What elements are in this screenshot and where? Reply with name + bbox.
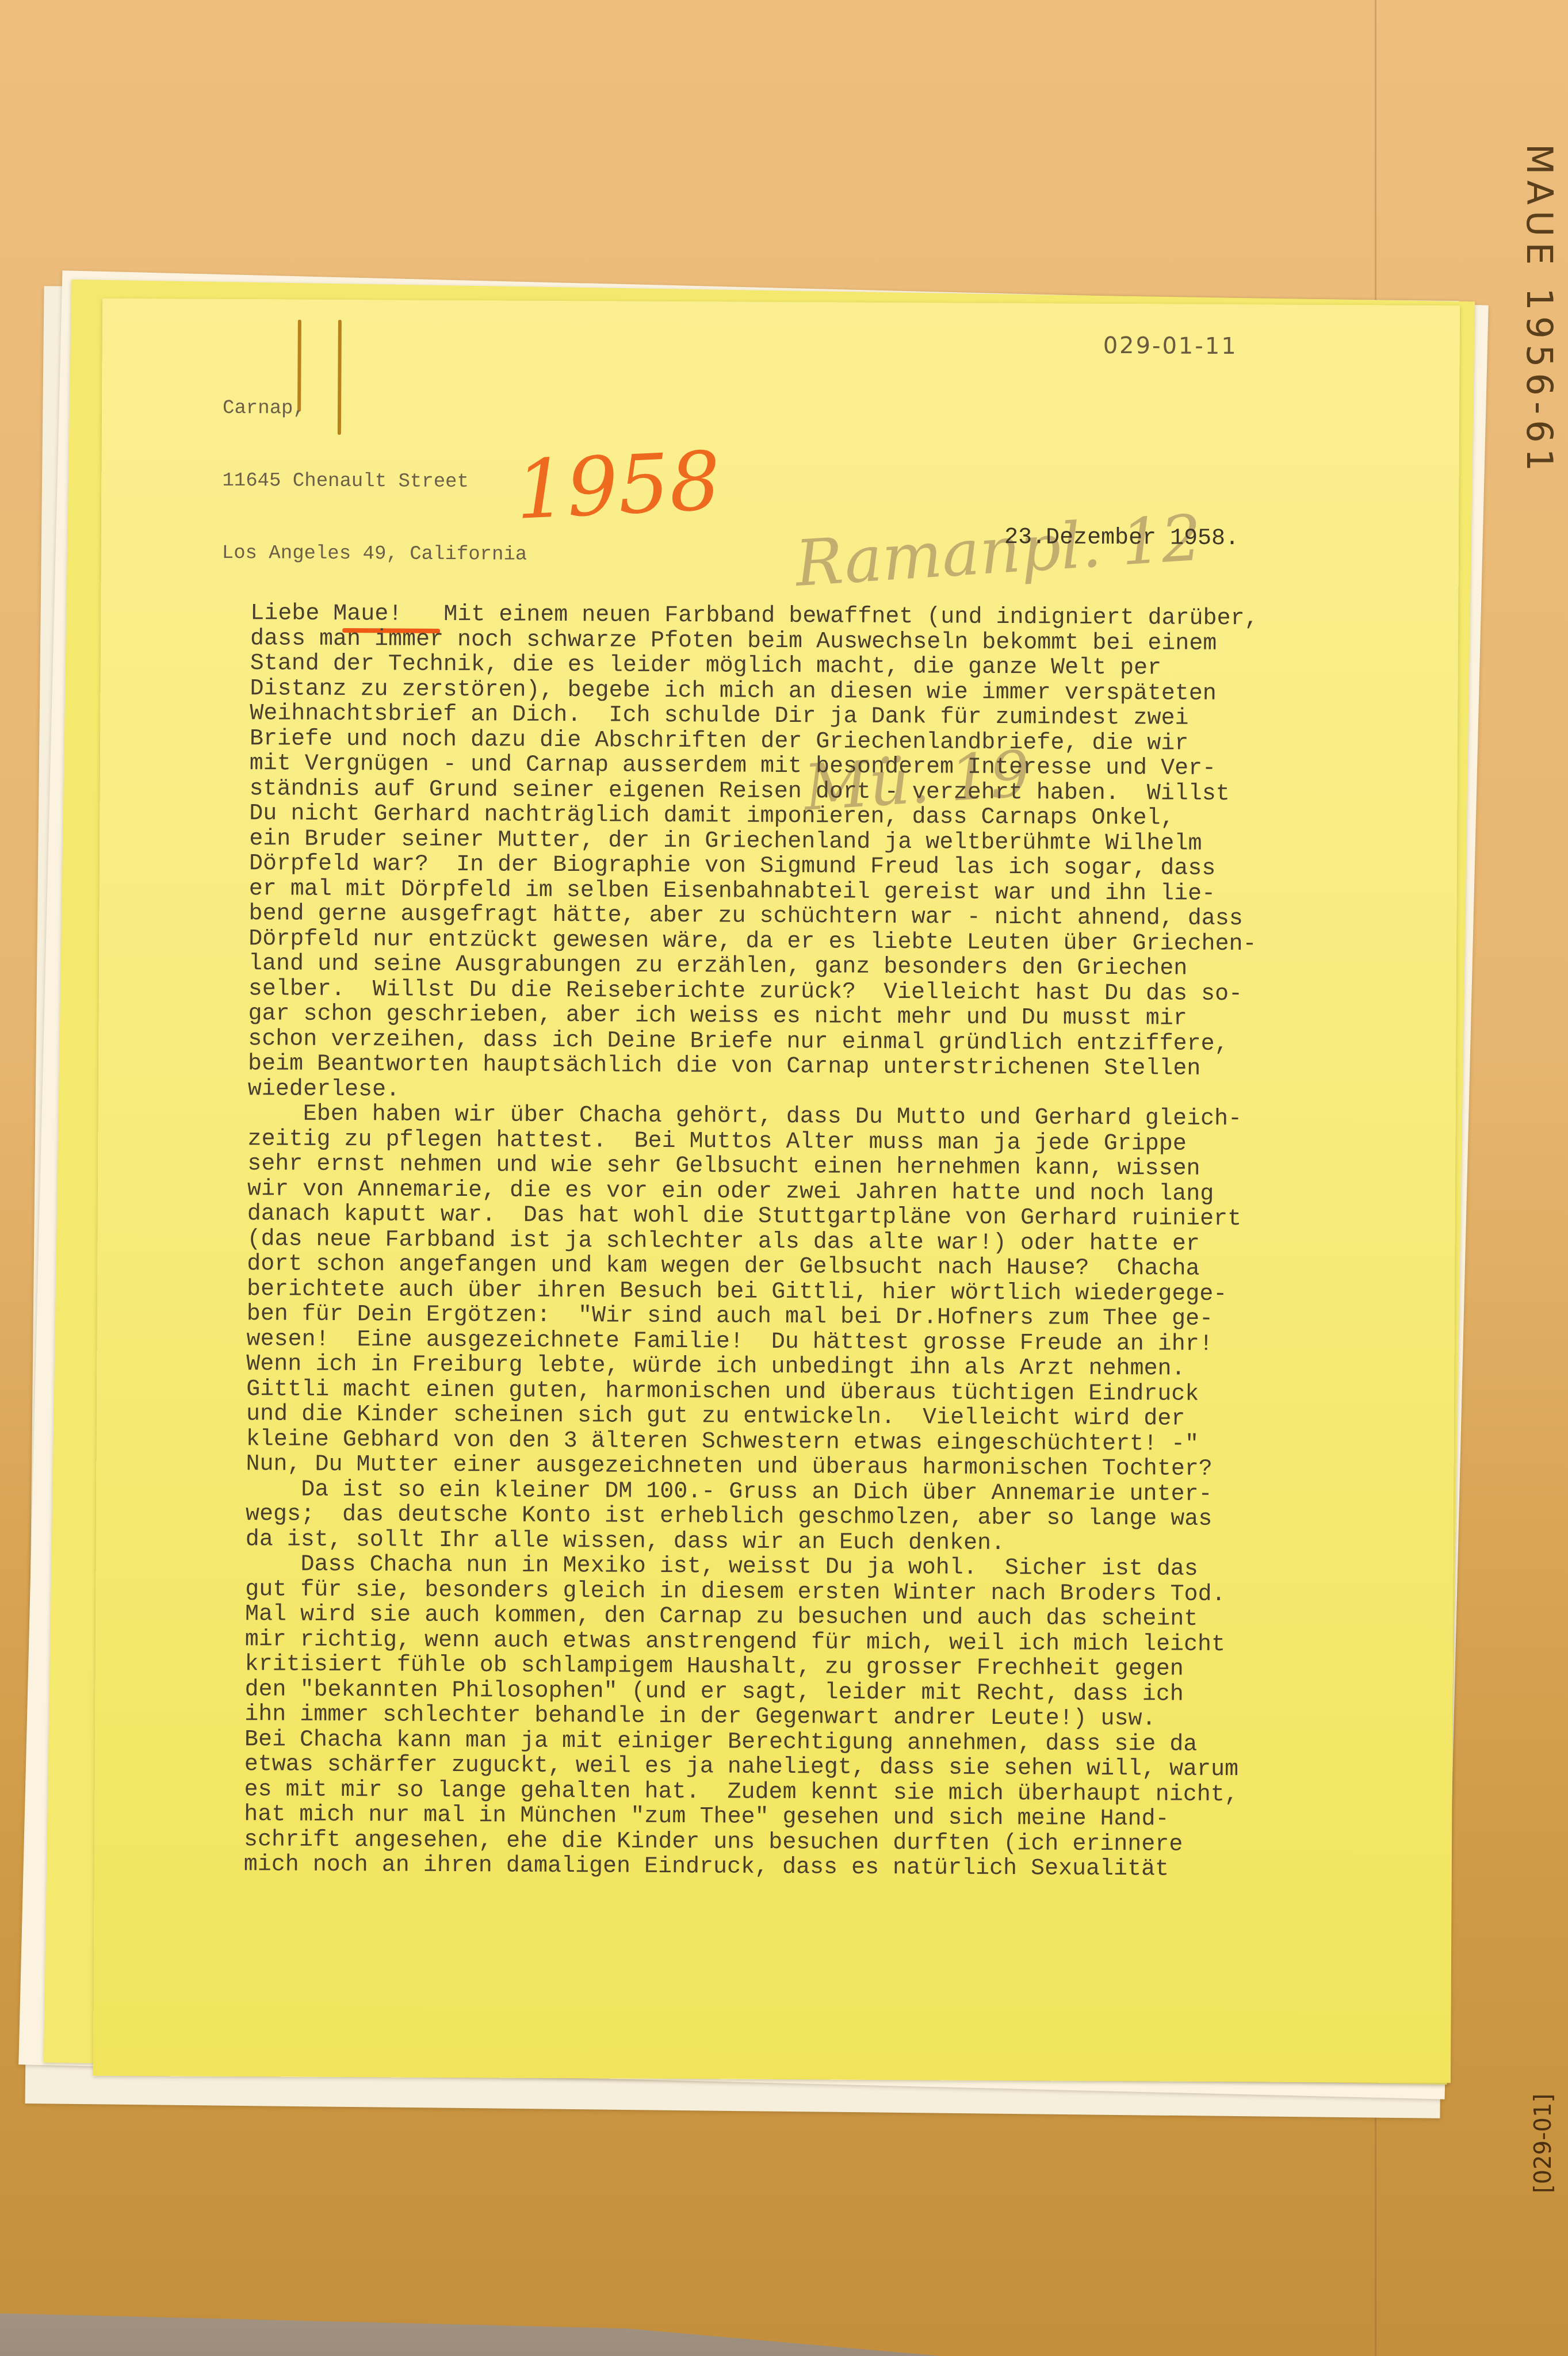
folder-bottom-label: [029-01]	[1530, 2094, 1556, 2193]
folder-label: MAUE 1956-61	[1519, 144, 1561, 477]
red-year-annotation: 1958	[514, 434, 723, 538]
letter-date: 23.Dezember 1958.	[1004, 525, 1239, 552]
letter-paragraph: Dass Chacha nun in Mexiko ist, weisst Du…	[244, 1552, 1454, 1883]
sender-address: Carnap, 11645 Chenault Street Los Angele…	[221, 348, 528, 615]
sender-line: 11645 Chenault Street	[222, 469, 527, 495]
letter-paragraph: Da ist so ein kleiner DM 100.- Gruss an …	[246, 1477, 1454, 1558]
letter-paragraph: Eben haben wir über Chacha gehört, dass …	[246, 1101, 1455, 1483]
letter: 029-01-11 Carnap, 11645 Chenault Street …	[105, 307, 1448, 2074]
letter-body: Liebe Maue! Mit einem neuen Farbband bew…	[244, 601, 1459, 1883]
sender-line: Los Angeles 49, California	[222, 541, 527, 567]
letter-paragraph: Liebe Maue! Mit einem neuen Farbband bew…	[248, 601, 1459, 1108]
sender-line: Carnap,	[223, 396, 528, 422]
